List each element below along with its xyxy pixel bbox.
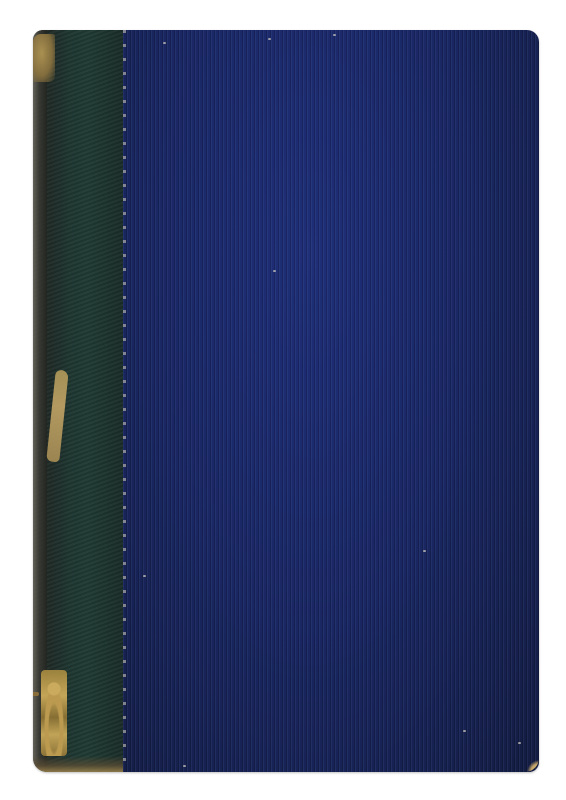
gilt-ornament-icon [41,670,67,756]
spine-foot-wear [33,756,123,772]
spine-edge [33,30,47,772]
cover-speck [163,42,166,44]
cover-speck [268,38,271,40]
corner-wear [521,754,539,772]
spine-middle-wear [46,370,69,463]
book [33,30,539,772]
cover-speck [423,550,426,552]
leather-spine [33,30,123,772]
gilt-pin [33,692,39,696]
cover-speck [273,270,276,272]
cover-speck [518,742,521,744]
photo-scene [0,0,566,800]
cover-speck [463,730,466,732]
cover-speck [143,575,146,577]
cover-speck [183,765,186,767]
cloth-cover-board [123,30,539,772]
spine-head-wear [33,34,55,82]
board-edge-fraying [123,30,126,772]
cover-speck [333,34,336,36]
